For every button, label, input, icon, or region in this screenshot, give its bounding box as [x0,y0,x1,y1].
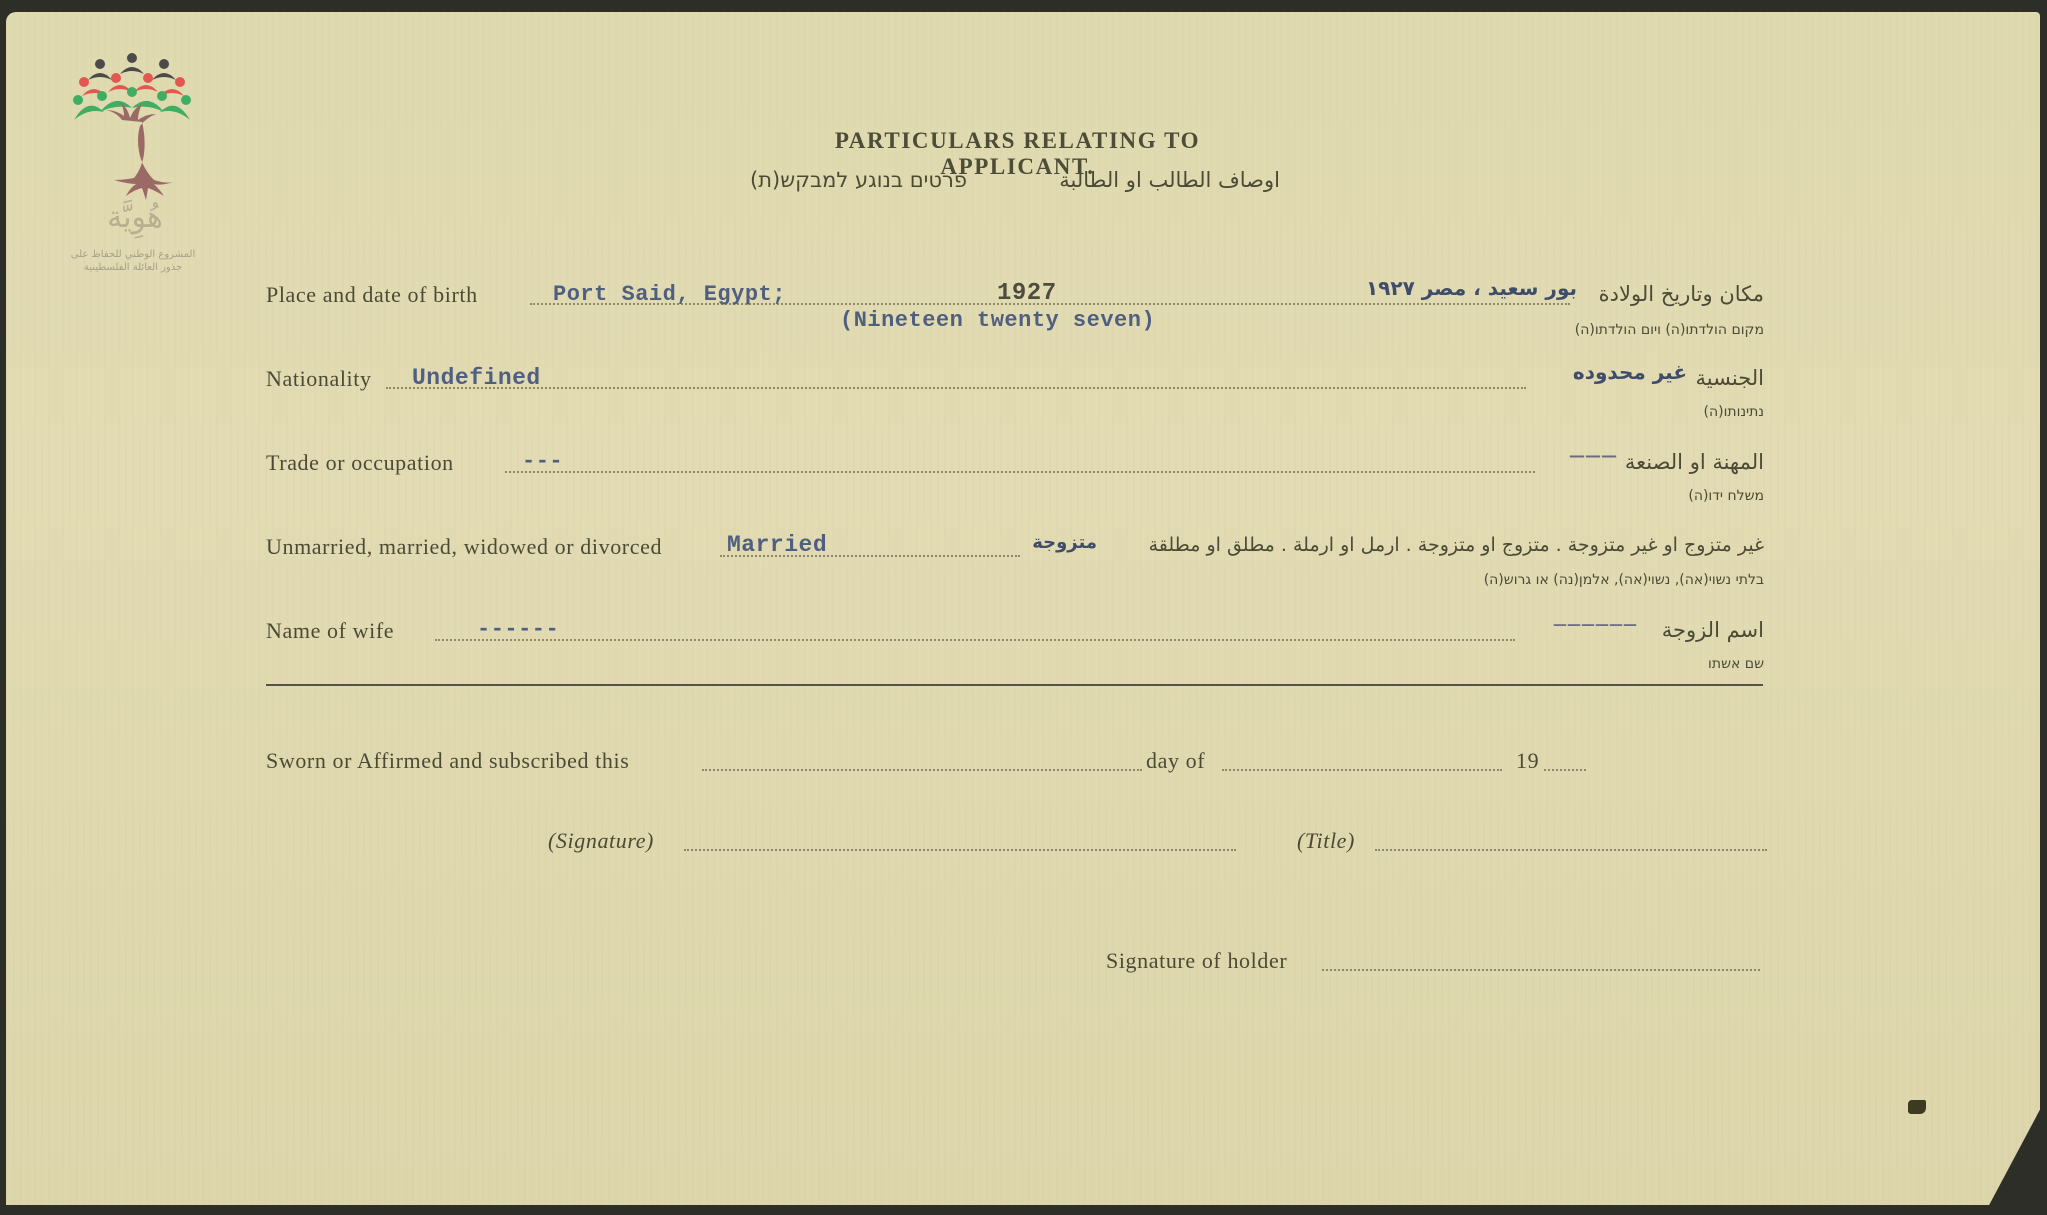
sworn-label: Sworn or Affirmed and subscribed this [266,748,629,774]
birth-hebrew-label: מקום הולדתו(ה) ויום הולדתו(ה) [1575,322,1764,338]
subtitle-arabic: اوصاف الطالب او الطالبة [1059,168,1280,192]
logo-wordmark: هُوِيَّة [95,200,175,235]
day-of-label: day of [1146,748,1205,774]
birth-label: Place and date of birth [266,282,478,308]
birth-year-words[interactable]: (Nineteen twenty seven) [840,308,1155,333]
marital-hebrew-label: בלתי נשוי(אה), נשוי(אה), אלמן(נה) או גרו… [1484,572,1764,588]
sworn-day-field[interactable] [702,769,1142,771]
marital-label: Unmarried, married, widowed or divorced [266,534,662,560]
logo-caption: المشروع الوطني للحفاظ على جذور العائلة ا… [58,248,208,274]
occupation-dotted-line [505,471,1535,473]
sworn-year-field[interactable] [1544,769,1586,771]
wife-value[interactable]: ------ [477,617,559,642]
birth-arabic-value: بور سعيد ، مصر ١٩٢٧ [1366,276,1577,300]
wife-label: Name of wife [266,618,394,644]
nationality-dotted-line [386,387,1526,389]
nationality-hebrew-label: נתינותו(ה) [1704,404,1764,420]
section-divider [266,684,1763,686]
title-field[interactable] [1375,849,1767,851]
birth-arabic-label: مكان وتاريخ الولادة [1599,282,1764,306]
wife-arabic-value: —————— [1553,617,1637,633]
title-label: (Title) [1297,828,1355,854]
occupation-arabic-label: المهنة او الصنعة [1625,450,1764,474]
marital-value[interactable]: Married [727,532,827,558]
wife-dotted-line [435,639,1515,641]
signature-label: (Signature) [548,828,654,854]
nationality-value[interactable]: Undefined [412,365,541,391]
signature-field[interactable] [684,849,1236,851]
birth-year-value[interactable]: 1927 [997,280,1057,307]
nationality-arabic-label: الجنسية [1696,366,1764,390]
wife-hebrew-label: שם אשתו [1708,656,1764,672]
page-subtitle: פרטים בנוגע למבקש(ת) اوصاف الطالب او الط… [750,168,1280,192]
holder-signature-label: Signature of holder [1106,948,1287,974]
occupation-hebrew-label: משלח ידו(ה) [1688,488,1764,504]
occupation-value[interactable]: --- [522,449,563,474]
holder-signature-field[interactable] [1322,969,1760,971]
nationality-arabic-value: غير محدوده [1573,360,1687,384]
occupation-label: Trade or occupation [266,450,454,476]
nationality-label: Nationality [266,366,372,392]
subtitle-hebrew: פרטים בנוגע למבקש(ת) [750,168,967,192]
birth-place-value[interactable]: Port Said, Egypt; [553,282,786,307]
marital-arabic-value: متزوجة [1032,532,1097,553]
occupation-arabic-value: ——— [1569,446,1617,465]
year-prefix: 19 [1516,748,1539,774]
marital-arabic-label: غير متزوج او غير متزوجة . متزوج او متزوج… [1149,534,1764,556]
ink-blot-mark [1908,1100,1926,1114]
sworn-month-field[interactable] [1222,769,1502,771]
wife-arabic-label: اسم الزوجة [1662,618,1764,642]
